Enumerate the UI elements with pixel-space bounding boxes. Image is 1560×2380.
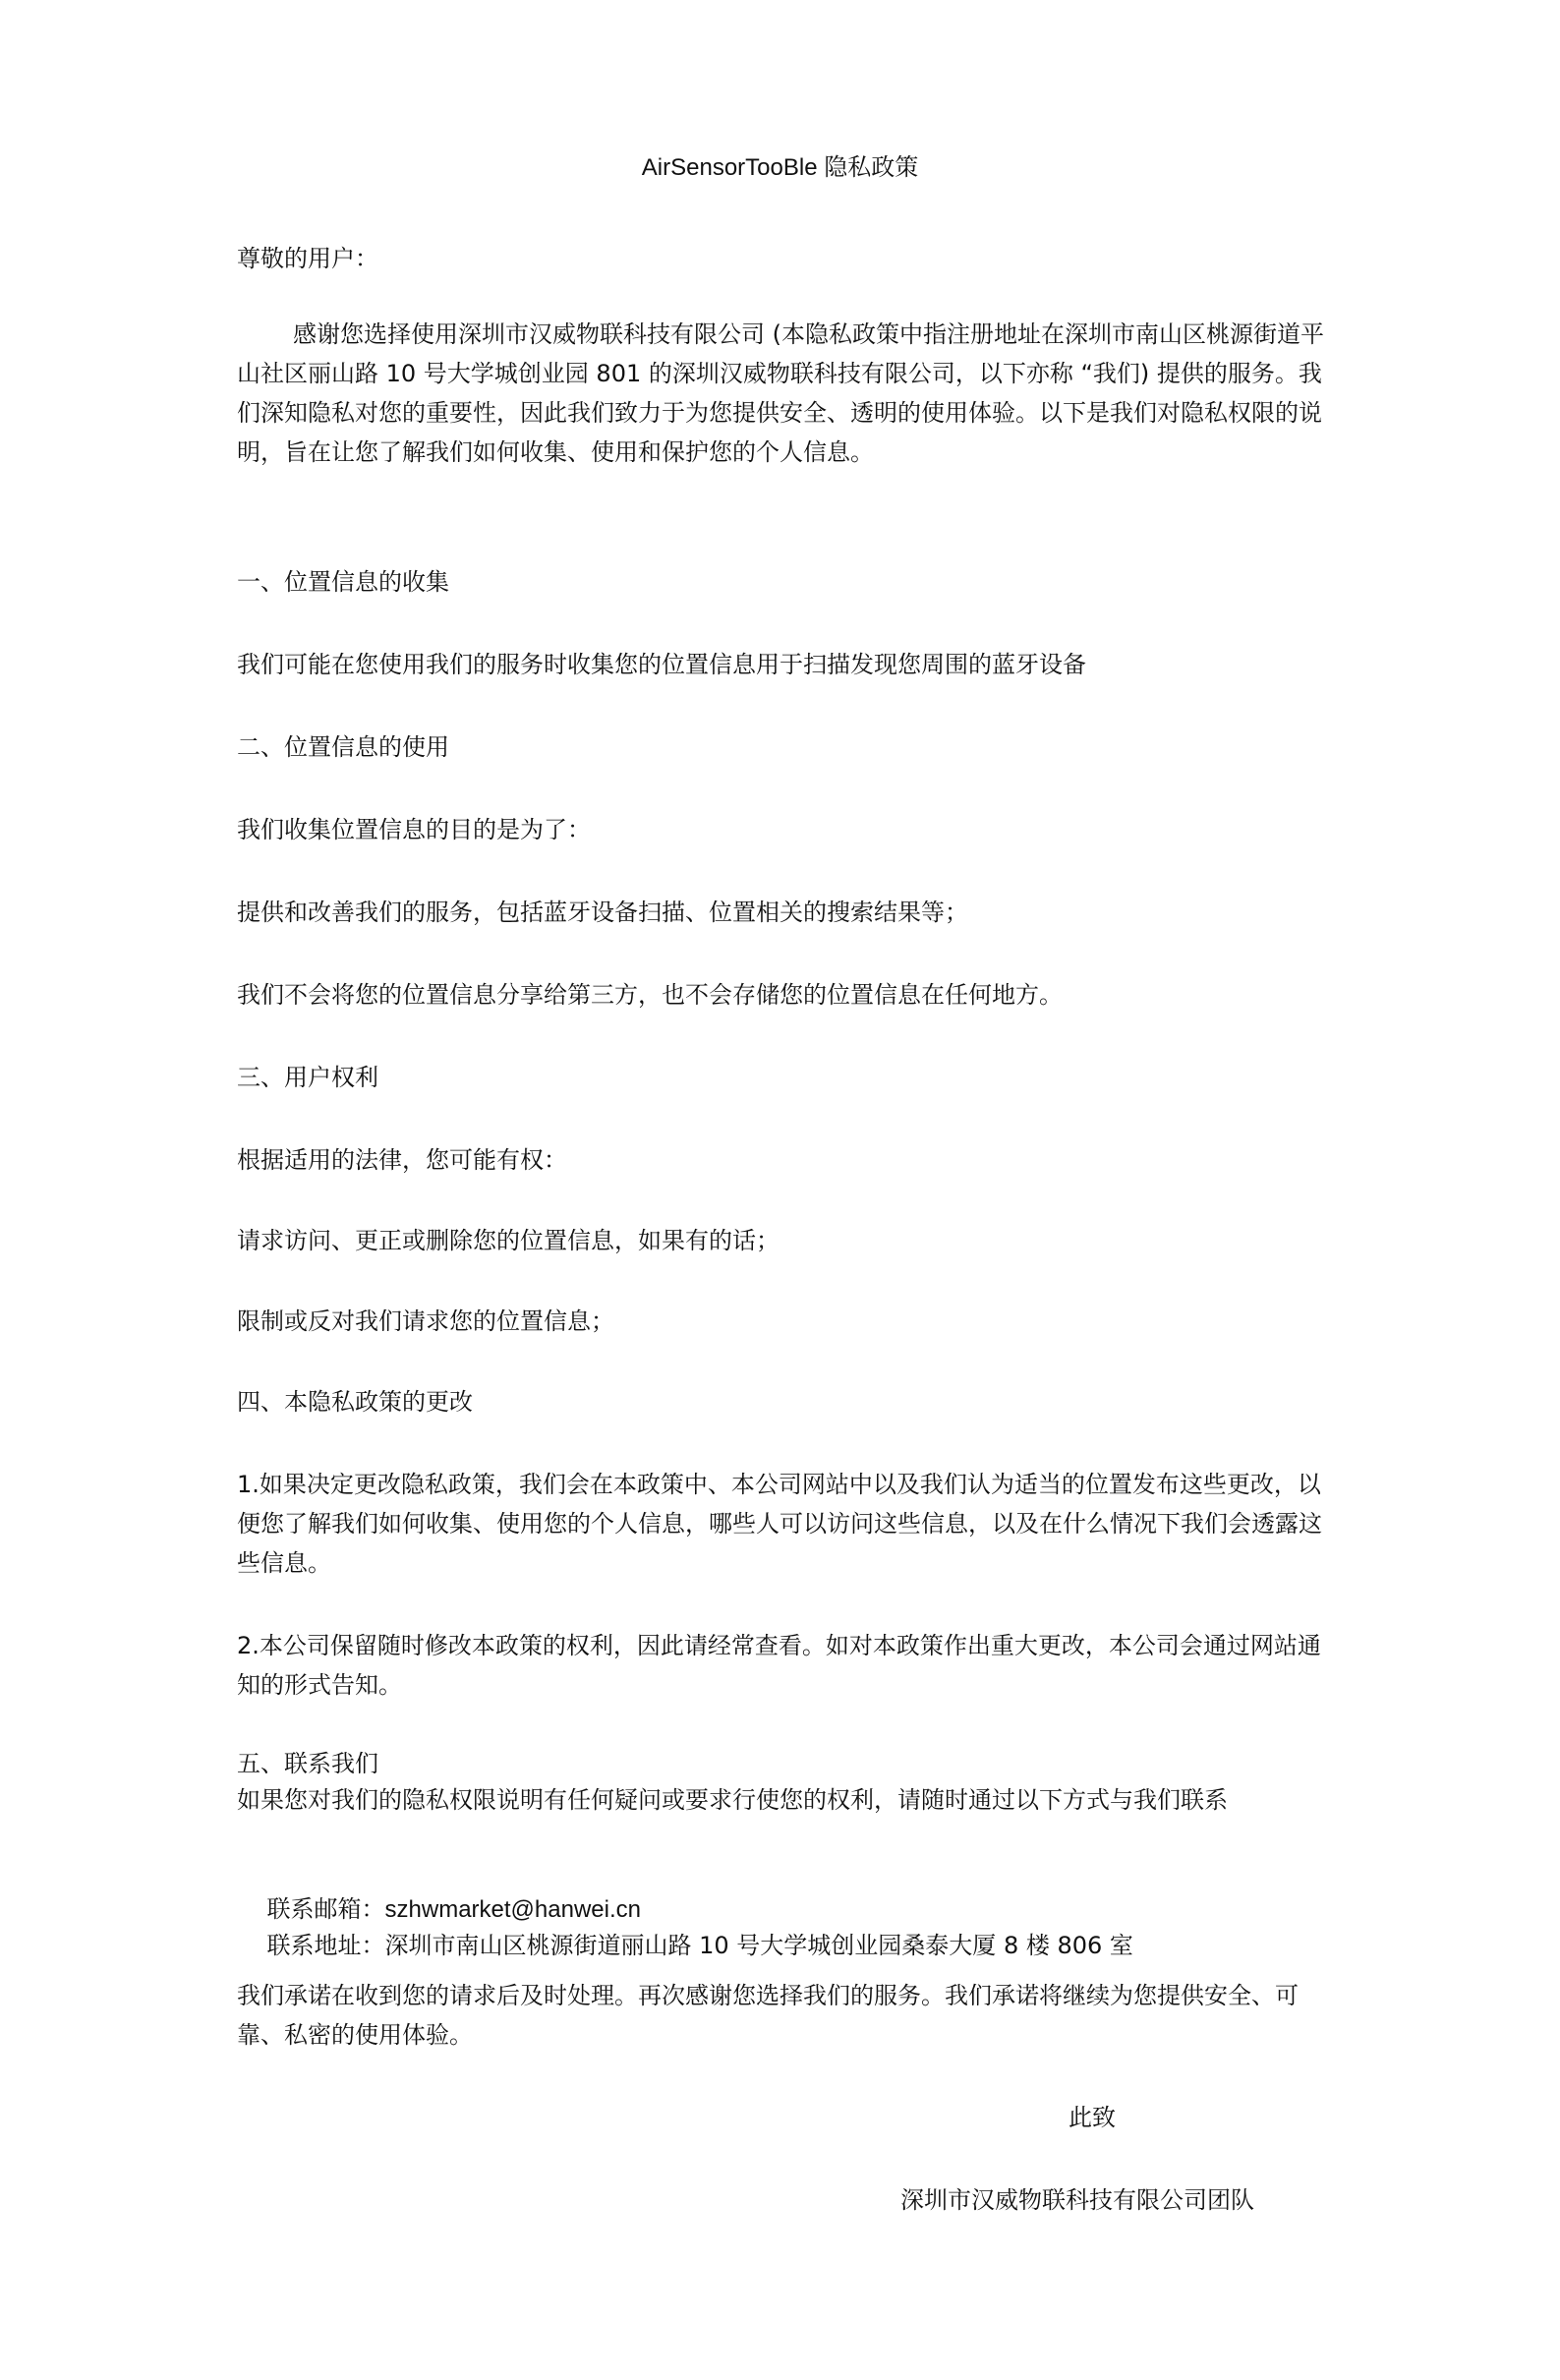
closing-salutation: 此致: [1069, 2098, 1116, 2137]
signature: 深圳市汉威物联科技有限公司团队: [900, 2180, 1254, 2220]
section-2-paragraph: 我们收集位置信息的目的是为了：: [237, 810, 1333, 849]
section-4-paragraph: 2.本公司保留随时修改本政策的权利，因此请经常查看。如对本政策作出重大更改，本公…: [237, 1626, 1333, 1705]
section-5-paragraph: 如果您对我们的隐私权限说明有任何疑问或要求行使您的权利，请随时通过以下方式与我们…: [237, 1782, 1333, 1819]
section-3-paragraph: 根据适用的法律，您可能有权：: [237, 1140, 1333, 1180]
section-2-paragraph: 我们不会将您的位置信息分享给第三方，也不会存储您的位置信息在任何地方。: [237, 975, 1333, 1015]
section-2-paragraph: 提供和改善我们的服务，包括蓝牙设备扫描、位置相关的搜索结果等；: [237, 893, 1333, 932]
document-title: AirSensorTooBle 隐私政策: [0, 150, 1560, 186]
contact-address-value: 深圳市南山区桃源街道丽山路 10 号大学城创业园桑泰大厦 8 楼 806 室: [385, 1932, 1133, 1959]
salutation: 尊敬的用户：: [237, 239, 1333, 278]
section-4-paragraph: 1.如果决定更改隐私政策，我们会在本政策中、本公司网站中以及我们认为适当的位置发…: [237, 1465, 1333, 1583]
section-3-paragraph: 限制或反对我们请求您的位置信息；: [237, 1302, 1333, 1341]
section-3-paragraph: 请求访问、更正或删除您的位置信息，如果有的话；: [237, 1221, 1333, 1260]
section-1-heading: 一、位置信息的收集: [237, 562, 1333, 602]
section-3-heading: 三、用户权利: [237, 1058, 1333, 1097]
section-2-heading: 二、位置信息的使用: [237, 727, 1333, 767]
intro-paragraph: 感谢您选择使用深圳市汉威物联科技有限公司 (本隐私政策中指注册地址在深圳市南山区…: [237, 315, 1333, 472]
section-1-paragraph: 我们可能在您使用我们的服务时收集您的位置信息用于扫描发现您周围的蓝牙设备: [237, 645, 1333, 684]
section-4-heading: 四、本隐私政策的更改: [237, 1382, 1333, 1422]
closing-paragraph: 我们承诺在收到您的请求后及时处理。再次感谢您选择我们的服务。我们承诺将继续为您提…: [237, 1976, 1333, 2055]
contact-address-label: 联系地址：: [267, 1932, 385, 1959]
section-5-heading: 五、联系我们: [237, 1746, 1333, 1782]
privacy-policy-page: AirSensorTooBle 隐私政策 尊敬的用户： 感谢您选择使用深圳市汉威…: [0, 0, 1560, 2380]
